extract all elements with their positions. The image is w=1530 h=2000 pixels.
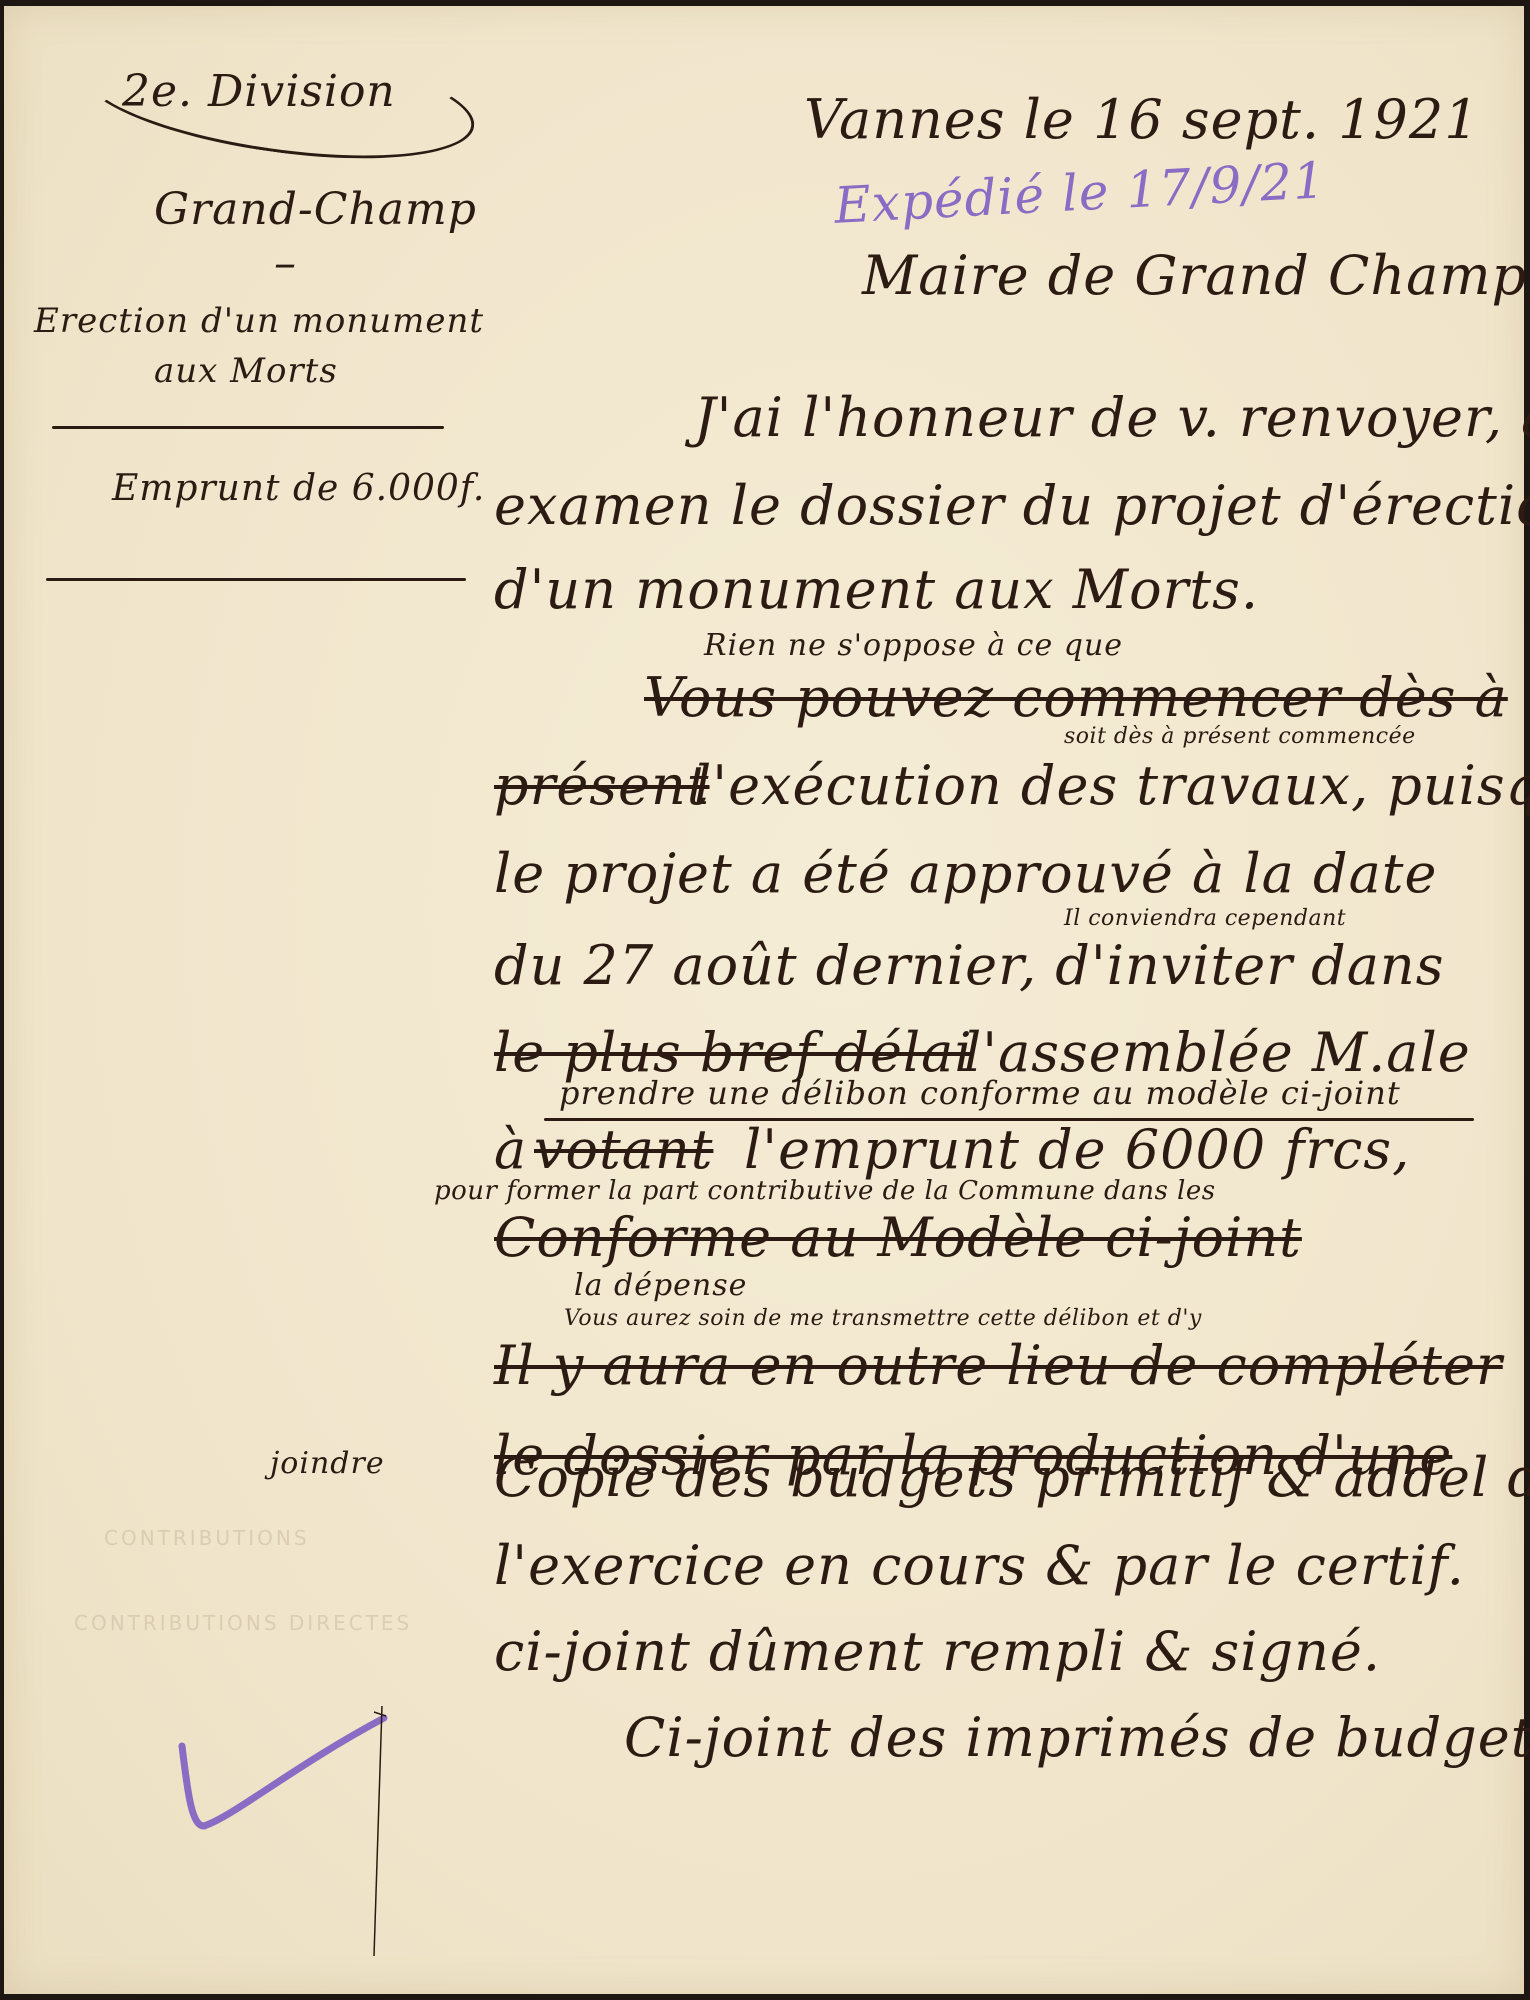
margin-dash: – bbox=[274, 238, 297, 289]
body-line-3: d'un monument aux Morts. bbox=[494, 558, 1259, 621]
division-oval bbox=[75, 19, 482, 179]
bleed-through-text-2: CONTRIBUTIONS DIRECTES bbox=[74, 1611, 412, 1635]
body-line-1: J'ai l'honneur de v. renvoyer, après bbox=[694, 386, 1530, 449]
addressee: Maire de Grand Champ, bbox=[862, 244, 1530, 307]
body-line-10-struck: Conforme au Modèle ci-joint bbox=[494, 1206, 1302, 1269]
insert-5: pour former la part contributive de la C… bbox=[434, 1176, 1216, 1206]
body-line-13: Copie des budgets primitif & addel de bbox=[494, 1446, 1530, 1509]
body-line-5-struck: présent bbox=[494, 754, 710, 817]
insert-6b: la dépense bbox=[574, 1268, 747, 1303]
body-line-9-prefix: à bbox=[494, 1118, 527, 1181]
bleed-through-text-1: CONTRIBUTIONS bbox=[104, 1526, 310, 1550]
subject-line-1: Erection d'un monument bbox=[34, 301, 484, 341]
insert-1: Rien ne s'oppose à ce que bbox=[704, 628, 1123, 663]
body-line-6: le projet a été approuvé à la date bbox=[494, 842, 1437, 905]
body-line-9-struck: votant bbox=[534, 1118, 713, 1181]
insert-2: soit dès à présent commencée bbox=[1064, 724, 1416, 749]
body-line-4-struck: Vous pouvez commencer dès à bbox=[644, 666, 1508, 729]
body-line-14: l'exercice en cours & par le certif. bbox=[494, 1534, 1465, 1597]
body-line-11-struck: Il y aura en outre lieu de compléter bbox=[494, 1334, 1503, 1397]
body-line-16: Ci-joint des imprimés de budgets. bbox=[624, 1706, 1530, 1769]
body-line-5: l'exécution des travaux, puisque bbox=[694, 754, 1530, 817]
commune-name: Grand-Champ bbox=[154, 184, 477, 235]
insert-4: prendre une délibon conforme au modèle c… bbox=[559, 1074, 1401, 1112]
body-line-15: ci-joint dûment rempli & signé. bbox=[494, 1620, 1381, 1683]
insert-6a: Vous aurez soin de me transmettre cette … bbox=[564, 1306, 1202, 1331]
margin-rule-2 bbox=[46, 578, 466, 581]
subject-line-2: aux Morts bbox=[154, 351, 338, 391]
margin-note-joindre: joindre bbox=[270, 1446, 385, 1481]
body-line-9: l'emprunt de 6000 frcs, bbox=[744, 1118, 1410, 1181]
loan-amount: Emprunt de 6.000f. bbox=[112, 468, 485, 509]
margin-rule-1 bbox=[52, 426, 444, 429]
body-line-7: du 27 août dernier, d'inviter dans bbox=[494, 934, 1444, 997]
paraph-mark-icon bbox=[174, 1706, 404, 1966]
place-date: Vannes le 16 sept. 1921 bbox=[804, 88, 1480, 151]
letter-page: 2e. Division Grand-Champ – Erection d'un… bbox=[4, 6, 1524, 1994]
insert-3: Il conviendra cependant bbox=[1064, 906, 1346, 931]
dispatch-stamp: Expédié le 17/9/21 bbox=[833, 151, 1327, 235]
body-line-2: examen le dossier du projet d'érection bbox=[494, 474, 1530, 537]
